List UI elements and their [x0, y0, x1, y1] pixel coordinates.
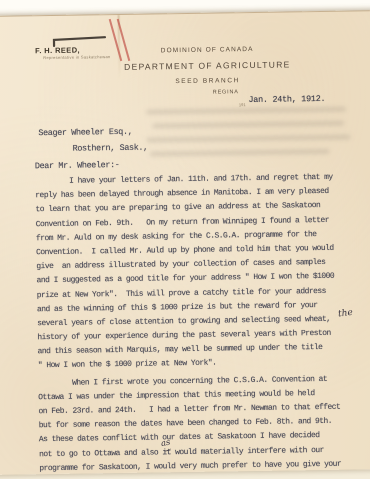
recipient-address: Rosthern, Sask., [73, 143, 148, 154]
typed-date: Jan. 24th, 1912. [248, 94, 325, 105]
scanned-letter-photo: F. H. REED, Representative in Saskatchew… [0, 0, 370, 479]
place-label: REGINA [213, 89, 239, 95]
org-department: DEPARTMENT OF AGRICULTURE [102, 59, 312, 72]
letter-body: I have your letters of Jan. 11th. and 17… [35, 170, 370, 476]
letter-paper: F. H. REED, Representative in Saskatchew… [0, 10, 370, 475]
bleed-through-row [146, 135, 350, 143]
sender-block: F. H. REED, Representative in Saskatchew… [35, 46, 110, 61]
bleed-through-row [150, 149, 330, 157]
dateline: REGINA191Jan. 24th, 1912. [213, 88, 326, 108]
handwritten-insertion-as: as [160, 438, 171, 450]
handwritten-insertion-the: the [338, 308, 354, 320]
letterhead-org: DOMINION OF CANADA DEPARTMENT OF AGRICUL… [102, 45, 313, 86]
recipient-name: Seager Wheeler Esq., [38, 127, 132, 138]
bleed-through-row [152, 121, 344, 129]
paragraph-2: When I first wrote you concerning the C.… [38, 372, 370, 476]
salutation: Dear Mr. Wheeler:- [35, 160, 120, 171]
bleed-through-text [146, 106, 357, 165]
paragraph-1: I have your letters of Jan. 11th. and 17… [35, 170, 370, 374]
year-stub: 191 [239, 102, 246, 107]
